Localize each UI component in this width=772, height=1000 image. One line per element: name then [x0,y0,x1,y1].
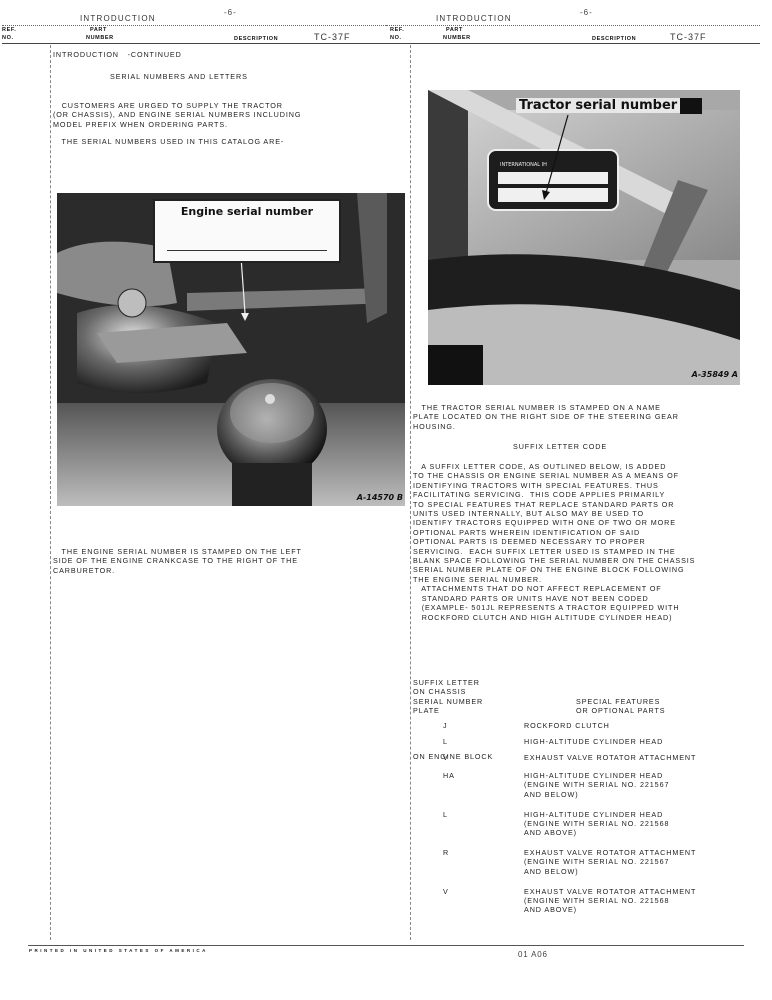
description-line: (ENGINE WITH SERIAL NO. 221567 [524,780,669,789]
table-col1-header-line: SERIAL NUMBER [413,697,483,706]
engine-photo: Engine serial number A-14570 B [57,193,405,506]
right-margin-bar [410,45,411,940]
text-line: CARBURETOR. [53,566,302,575]
text-line: BLANK SPACE FOLLOWING THE SERIAL NUMBER … [413,556,695,565]
right-catalog-code: TC-37F [670,32,707,42]
text-line: TO SPECIAL FEATURES THAT REPLACE STANDAR… [413,500,695,509]
left-description-label: DESCRIPTION [234,36,278,42]
left-no-label: NO. [2,35,14,41]
tractor-paragraph: THE TRACTOR SERIAL NUMBER IS STAMPED ON … [413,403,679,431]
plate-brand-text: INTERNATIONAL IH [500,162,547,168]
left-header-bottom-rule [2,43,390,44]
table-col1-header-line: SUFFIX LETTER [413,678,483,687]
description-line: (ENGINE WITH SERIAL NO. 221567 [524,857,696,866]
left-part-label: PART [90,27,107,33]
suffix-code: HA [443,771,455,780]
description-line: AND BELOW) [524,790,669,799]
text-line: THE ENGINE SERIAL NUMBER IS STAMPED ON T… [53,547,302,556]
right-no-label: NO. [390,35,402,41]
right-description-label: DESCRIPTION [592,36,636,42]
tractor-caption: Tractor serial number [516,98,680,113]
left-ref-label: REF. [2,27,16,33]
footer-code: 01 A06 [518,950,548,959]
description-line: AND BELOW) [524,867,696,876]
suffix-description: EXHAUST VALVE ROTATOR ATTACHMENT(ENGINE … [524,887,696,915]
left-catalog-code: TC-37F [314,32,351,42]
text-line: ROCKFORD CLUTCH AND HIGH ALTITUDE CYLIND… [413,613,695,622]
tractor-caption-block [680,98,702,114]
description-line: EXHAUST VALVE ROTATOR ATTACHMENT [524,848,696,857]
description-line: AND ABOVE) [524,905,696,914]
text-line: STANDARD PARTS OR UNITS HAVE NOT BEEN CO… [413,594,695,603]
suffix-code: L [443,737,448,746]
text-line: SIDE OF THE ENGINE CRANKCASE TO THE RIGH… [53,556,302,565]
right-section-title: INTRODUCTION [436,14,512,23]
description-line: (ENGINE WITH SERIAL NO. 221568 [524,896,696,905]
printed-in-usa: PRINTED IN UNITED STATES OF AMERICA [29,948,208,953]
text-line: HOUSING. [413,422,679,431]
suffix-description: HIGH-ALTITUDE CYLINDER HEAD(ENGINE WITH … [524,810,669,838]
engine-caption-box: Engine serial number [153,199,341,263]
table-col1-header-line: ON CHASSIS [413,687,483,696]
footer-rule [28,945,744,946]
suffix-description: HIGH-ALTITUDE CYLINDER HEAD(ENGINE WITH … [524,771,669,799]
engine-figure-id: A-14570 B [357,493,403,502]
continued-heading: INTRODUCTION -CONTINUED [53,50,182,59]
table-col2-header-line: SPECIAL FEATURES [576,697,665,706]
text-line: FACILITATING SERVICING. THIS CODE APPLIE… [413,490,695,499]
text-line: (OR CHASSIS), AND ENGINE SERIAL NUMBERS … [53,110,301,119]
suffix-description: EXHAUST VALVE ROTATOR ATTACHMENT(ENGINE … [524,848,696,876]
engine-caption: Engine serial number [155,205,339,218]
text-line: ATTACHMENTS THAT DO NOT AFFECT REPLACEME… [413,584,695,593]
description-line: AND ABOVE) [524,828,669,837]
tractor-photo: INTERNATIONAL IH Tractor serial number A… [428,90,740,385]
engine-caption-underline [167,250,327,251]
suffix-code: R [443,848,449,857]
text-line: (EXAMPLE- 501JL REPRESENTS A TRACTOR EQU… [413,603,695,612]
text-line: OPTIONAL PARTS WHEREIN IDENTIFICATION OF… [413,528,695,537]
suffix-description: ROCKFORD CLUTCH [524,721,610,730]
right-part-label: PART [446,27,463,33]
table-col1-header: SUFFIX LETTER ON CHASSIS SERIAL NUMBER P… [413,678,483,716]
text-line: OPTIONAL PARTS IS DEEMED NECESSARY TO PR… [413,537,695,546]
suffix-description: EXHAUST VALVE ROTATOR ATTACHMENT [524,753,696,762]
text-line: TO THE CHASSIS OR ENGINE SERIAL NUMBER A… [413,471,695,480]
description-line: HIGH-ALTITUDE CYLINDER HEAD [524,737,663,746]
text-line: THE ENGINE SERIAL NUMBER. [413,575,695,584]
text-line: MODEL PREFIX WHEN ORDERING PARTS. [53,120,301,129]
description-line: ROCKFORD CLUTCH [524,721,610,730]
description-line: EXHAUST VALVE ROTATOR ATTACHMENT [524,887,696,896]
suffix-code: L [443,810,448,819]
right-page-number: -6- [580,8,593,17]
right-number-label: NUMBER [443,35,471,41]
left-page-number: -6- [224,8,237,17]
table-col2-header: SPECIAL FEATURES OR OPTIONAL PARTS [576,697,665,716]
text-line: PLATE LOCATED ON THE RIGHT SIDE OF THE S… [413,412,679,421]
text-line: SERIAL NUMBER PLATE OF ON THE ENGINE BLO… [413,565,695,574]
left-margin-bar [50,45,51,940]
text-line: THE TRACTOR SERIAL NUMBER IS STAMPED ON … [413,403,679,412]
left-section-title: INTRODUCTION [80,14,156,23]
description-line: HIGH-ALTITUDE CYLINDER HEAD [524,771,669,780]
suffix-code: J [443,721,448,730]
text-line: IDENTIFY TRACTORS EQUIPPED WITH ONE OF T… [413,518,695,527]
right-header-top-rule [386,25,760,26]
right-ref-label: REF. [390,27,404,33]
table-col2-header-line: OR OPTIONAL PARTS [576,706,665,715]
tractor-figure-id: A-35849 A [692,370,738,379]
description-line: (ENGINE WITH SERIAL NO. 221568 [524,819,669,828]
engine-paragraph: THE ENGINE SERIAL NUMBER IS STAMPED ON T… [53,547,302,575]
intro-paragraph: CUSTOMERS ARE URGED TO SUPPLY THE TRACTO… [53,101,301,129]
left-header-top-rule [2,25,390,26]
text-line: A SUFFIX LETTER CODE, AS OUTLINED BELOW,… [413,462,695,471]
text-line: CUSTOMERS ARE URGED TO SUPPLY THE TRACTO… [53,101,301,110]
text-line: IDENTIFYING TRACTORS WITH SPECIAL FEATUR… [413,481,695,490]
description-line: EXHAUST VALVE ROTATOR ATTACHMENT [524,753,696,762]
description-line: HIGH-ALTITUDE CYLINDER HEAD [524,810,669,819]
text-line: SERVICING. EACH SUFFIX LETTER USED IS ST… [413,547,695,556]
right-header-bottom-rule [386,43,760,44]
suffix-heading: SUFFIX LETTER CODE [513,442,607,451]
suffix-paragraph: A SUFFIX LETTER CODE, AS OUTLINED BELOW,… [413,462,695,622]
left-number-label: NUMBER [86,35,114,41]
text-line: UNITS USED INTERNALLY, BUT ALSO MAY BE U… [413,509,695,518]
suffix-description: HIGH-ALTITUDE CYLINDER HEAD [524,737,663,746]
suffix-code: V [443,887,449,896]
list-intro: THE SERIAL NUMBERS USED IN THIS CATALOG … [53,137,284,146]
engine-block-heading: ON ENGINE BLOCK [413,752,493,761]
tractor-photo-art: INTERNATIONAL IH [428,90,740,385]
table-col1-header-line: PLATE [413,706,483,715]
serial-numbers-subheading: SERIAL NUMBERS AND LETTERS [110,72,248,81]
